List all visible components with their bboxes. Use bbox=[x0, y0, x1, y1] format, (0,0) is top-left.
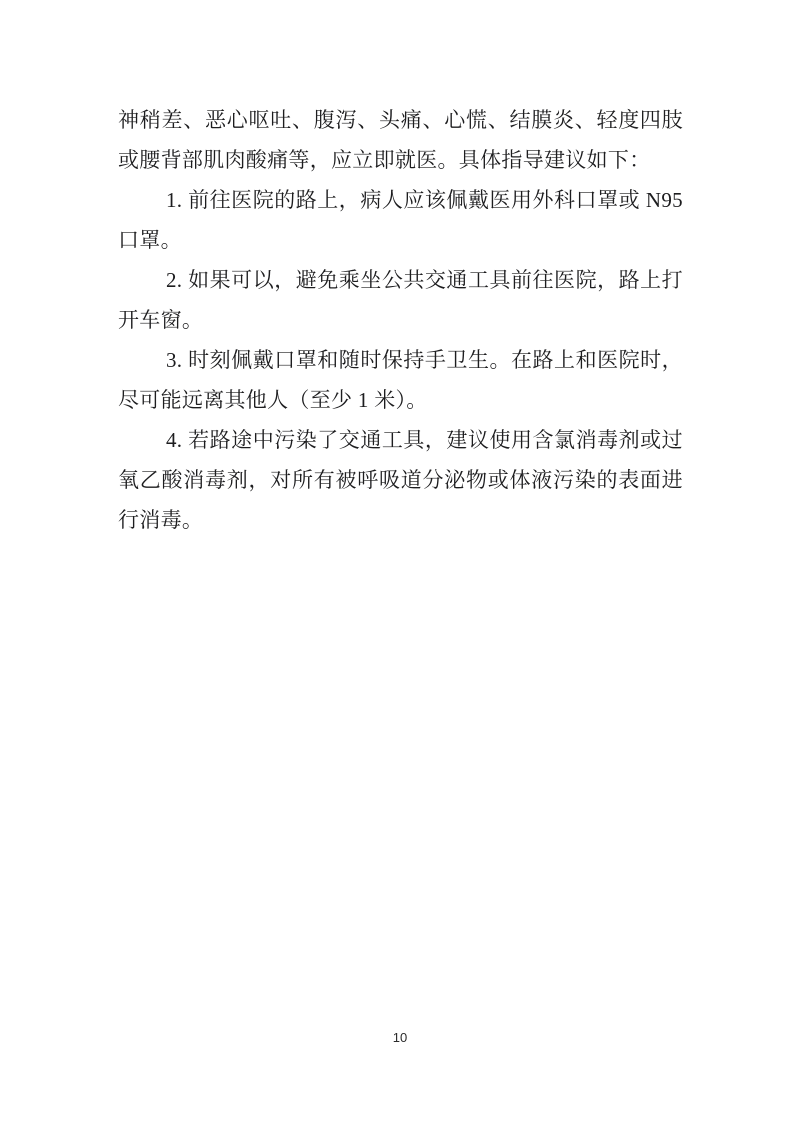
text-line: 行消毒。 bbox=[118, 500, 683, 540]
text-line: 3. 时刻佩戴口罩和随时保持手卫生。在路上和医院时， bbox=[118, 340, 683, 380]
text-line: 2. 如果可以，避免乘坐公共交通工具前往医院，路上打 bbox=[118, 260, 683, 300]
text-line: 氧乙酸消毒剂，对所有被呼吸道分泌物或体液污染的表面进 bbox=[118, 460, 683, 500]
page-number: 10 bbox=[0, 1030, 800, 1045]
text-line: 或腰背部肌肉酸痛等，应立即就医。具体指导建议如下： bbox=[118, 140, 683, 180]
document-page: 神稍差、恶心呕吐、腹泻、头痛、心慌、结膜炎、轻度四肢 或腰背部肌肉酸痛等，应立即… bbox=[0, 0, 800, 1132]
text-line: 1. 前往医院的路上，病人应该佩戴医用外科口罩或 N95 bbox=[118, 180, 683, 220]
text-line: 口罩。 bbox=[118, 220, 683, 260]
text-line: 尽可能远离其他人（至少 1 米）。 bbox=[118, 380, 683, 420]
text-line: 开车窗。 bbox=[118, 300, 683, 340]
text-line: 神稍差、恶心呕吐、腹泻、头痛、心慌、结膜炎、轻度四肢 bbox=[118, 100, 683, 140]
text-line: 4. 若路途中污染了交通工具，建议使用含氯消毒剂或过 bbox=[118, 420, 683, 460]
document-body: 神稍差、恶心呕吐、腹泻、头痛、心慌、结膜炎、轻度四肢 或腰背部肌肉酸痛等，应立即… bbox=[118, 100, 683, 540]
